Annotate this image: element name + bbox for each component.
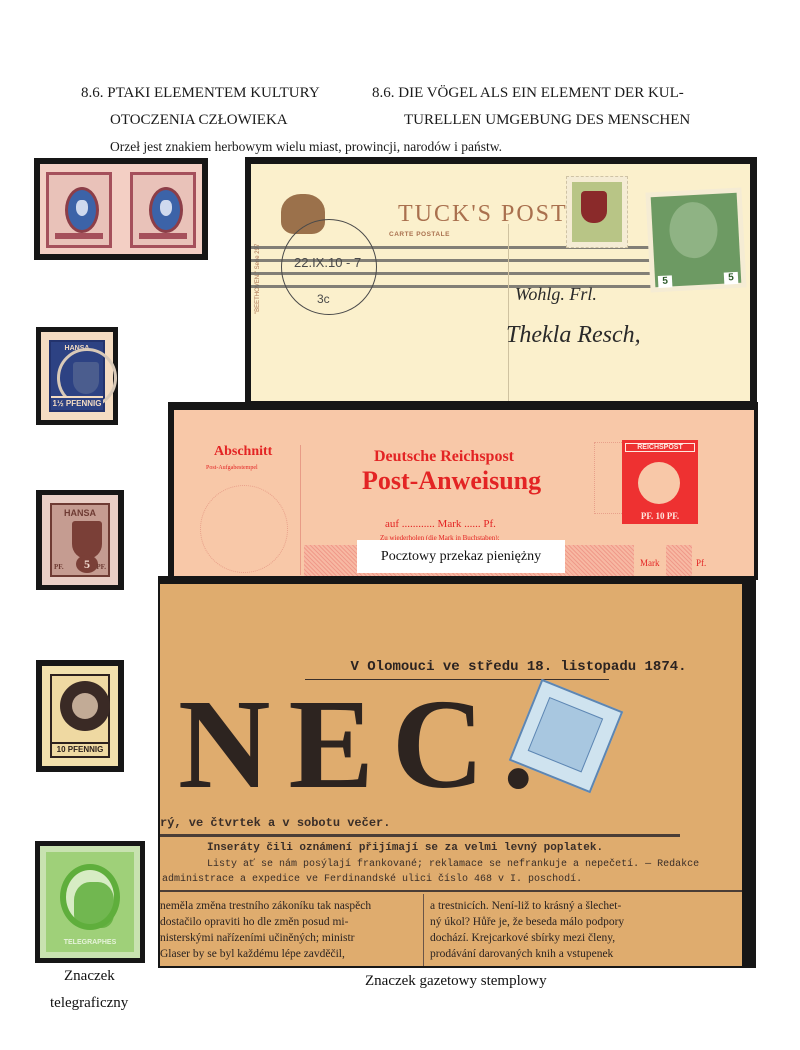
- postcard-mount: "BEETHOVEN." Serie 297 TUCK'S POSTK CART…: [245, 157, 757, 405]
- stamp-mount-hansa-dark: 10 PFENNIG: [36, 660, 124, 772]
- newspaper-schedule: rý, ve čtvrtek a v sobotu večer.: [160, 816, 390, 830]
- postcard-title: TUCK'S POSTK: [398, 201, 587, 228]
- stamp-mount-hansa-blue: HANSA 1½ PFENNIG: [36, 327, 118, 425]
- stamp-mount-russian-pair: [34, 158, 208, 260]
- stamp-unit: PF.: [54, 563, 64, 571]
- coat-of-arms-icon: [60, 681, 110, 731]
- money-order-pf-label: Pf.: [696, 558, 706, 568]
- heading-polish-line1: 8.6. PTAKI ELEMENTEM KULTURY: [81, 85, 320, 102]
- eagle-icon: [149, 187, 183, 233]
- stamp-hansa-brown: HANSA PF. 5 PF.: [42, 495, 118, 585]
- eagle-icon: [74, 882, 114, 928]
- heading-polish-line2: OTOCZENIA CZŁOWIEKA: [110, 112, 288, 129]
- eagle-icon: [528, 697, 604, 773]
- stamp-value: 10 PFENNIG: [52, 742, 108, 754]
- stamp-telegraph: TELEGRAPHES: [40, 846, 140, 958]
- stamp-mount-hansa-brown: HANSA PF. 5 PF.: [36, 490, 124, 590]
- newspaper-notice3: administrace a expedice ve Ferdinandské …: [162, 874, 582, 885]
- coat-of-arms-icon: [73, 362, 99, 394]
- heading-german-line1: 8.6. DIE VÖGEL ALS EIN ELEMENT DER KUL-: [372, 85, 684, 102]
- newspaper-mount: V Olomouci ve středu 18. listopadu 1874.…: [158, 576, 756, 968]
- indicium-text: REICHSPOST: [625, 443, 695, 452]
- money-order-abschnitt-sub: Post-Aufgabestempel: [206, 465, 258, 471]
- stamp-russian-eagle-left: [46, 172, 112, 248]
- money-order-indicium: REICHSPOST PF. 10 PF.: [622, 440, 698, 524]
- stamp-value: 1½ PFENNIG: [51, 396, 103, 408]
- money-order-abschnitt: Abschnitt: [214, 444, 272, 460]
- handwriting-address-line2: Thekla Resch,: [506, 322, 641, 349]
- stamp-russian-pair: [40, 164, 202, 254]
- money-order-amount-line: auf ............ Mark ...... Pf.: [385, 518, 496, 530]
- postcard-side-text: "BEETHOVEN." Serie 297: [255, 244, 261, 314]
- stamp-hansa-dark: 10 PFENNIG: [42, 666, 118, 766]
- newspaper-column-right: a trestnicích. Není-liž to krásný a šlec…: [430, 898, 624, 962]
- newspaper: V Olomouci ve středu 18. listopadu 1874.…: [160, 584, 742, 966]
- stamp-vignette-eagle: [566, 176, 628, 248]
- heading-german-line2: TURELLEN UMGEBUNG DES MENSCHEN: [404, 112, 690, 129]
- stamp-value: 5: [658, 275, 673, 288]
- postcard-subtitle: CARTE POSTALE: [389, 231, 450, 238]
- newspaper-notice2: Listy ať se nám posýlají frankované; rek…: [207, 859, 699, 870]
- stamp-text: TELEGRAPHES: [46, 939, 134, 946]
- caption-newspaper: Znaczek gazetowy stemplowy: [365, 973, 547, 990]
- newspaper-notice1: Inseráty čili oznámení přijímají se za v…: [207, 842, 603, 854]
- caption-money-order: Pocztowy przekaz pieniężny: [357, 540, 565, 573]
- stamp-hansa-blue: HANSA 1½ PFENNIG: [41, 332, 113, 420]
- eagle-icon: [581, 191, 607, 223]
- money-order-header: Deutsche Reichspost: [374, 448, 514, 466]
- stamp-austria: 5 5: [645, 188, 746, 293]
- newspaper-column-left: neměla změna trestního zákoníku tak nasp…: [160, 898, 371, 962]
- stamp-text: HANSA: [52, 508, 108, 518]
- caption-telegraph-line2: telegraficzny: [50, 995, 128, 1012]
- page-subtitle: Orzeł jest znakiem herbowym wielu miast,…: [110, 139, 502, 155]
- stamp-unit: PF.: [96, 563, 106, 571]
- newspaper-masthead: NEC.: [178, 680, 552, 808]
- stamp-value: 5: [76, 555, 98, 573]
- money-order-title: Post-Anweisung: [362, 466, 541, 496]
- postcard: "BEETHOVEN." Serie 297 TUCK'S POSTK CART…: [251, 164, 750, 401]
- stamp-russian-eagle-right: [130, 172, 196, 248]
- money-order-mark-label: Mark: [640, 558, 660, 568]
- handwriting-address-line1: Wohlg. Frl.: [515, 284, 597, 305]
- stamp-mount-telegraph: TELEGRAPHES: [35, 841, 145, 963]
- postmark-date: 22.IX.10 - 7: [294, 255, 361, 270]
- stamp-value: 5: [724, 272, 739, 285]
- eagle-icon: [65, 187, 99, 233]
- eagle-icon: [638, 462, 680, 504]
- caption-telegraph-line1: Znaczek: [64, 968, 115, 985]
- indicium-value: PF. 10 PF.: [622, 511, 698, 521]
- castle-icon: [72, 521, 102, 559]
- postmark-number: 3c: [317, 292, 330, 306]
